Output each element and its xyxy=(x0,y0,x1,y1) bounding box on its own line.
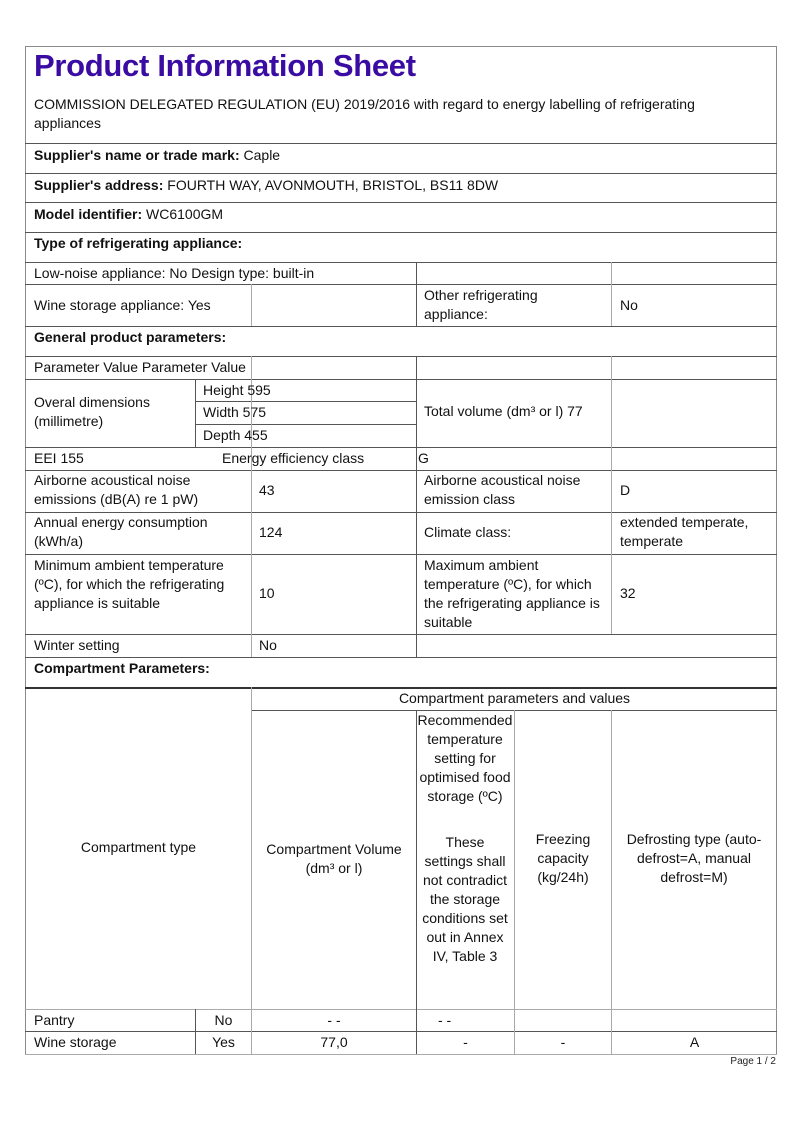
compartment-heading: Compartment Parameters: xyxy=(34,659,210,678)
row-wine-present: Yes xyxy=(196,1033,251,1052)
climate-value: extended temperate, temperate xyxy=(620,513,775,551)
low-noise-text: Low-noise appliance: No Design type: bui… xyxy=(34,264,314,283)
col-freezing-capacity: Freezing capacity (kg/24h) xyxy=(515,830,611,887)
row-pantry-volume: - - xyxy=(252,1011,416,1030)
noise-value: 43 xyxy=(259,481,275,500)
other-appliance-label: Other refrigerating appliance: xyxy=(424,286,574,324)
max-temp-value: 32 xyxy=(620,584,636,603)
supplier-name-label: Supplier's name or trade mark: xyxy=(34,147,240,163)
row-pantry-type: Pantry xyxy=(34,1011,74,1030)
col-compartment-volume: Compartment Volume (dm³ or l) xyxy=(262,840,406,878)
supplier-name-value: Caple xyxy=(244,147,281,163)
other-appliance-value: No xyxy=(620,296,638,315)
appliance-type-heading: Type of refrigerating appliance: xyxy=(34,234,242,253)
dimensions-label: Overal dimensions (millimetre) xyxy=(34,393,184,431)
noise-class-value: D xyxy=(620,481,630,500)
row-wine-freezing: - xyxy=(515,1033,611,1052)
max-temp-label: Maximum ambient temperature (ºC), for wh… xyxy=(424,556,604,632)
row-wine-defrost: A xyxy=(612,1033,777,1052)
width-value: Width 575 xyxy=(203,403,266,422)
climate-label: Climate class: xyxy=(424,523,511,542)
annual-energy-label: Annual energy consumption (kWh/a) xyxy=(34,513,244,551)
regulation-text: COMMISSION DELEGATED REGULATION (EU) 201… xyxy=(34,95,764,133)
energy-class-label: Energy efficiency class xyxy=(222,449,364,468)
general-heading: General product parameters: xyxy=(34,328,226,347)
min-temp-value: 10 xyxy=(259,584,275,603)
page-title: Product Information Sheet xyxy=(34,48,416,84)
col-recommended-temp: Recommended temperature setting for opti… xyxy=(414,711,516,806)
compartment-group-header: Compartment parameters and values xyxy=(252,689,777,708)
row-pantry-temp: - - xyxy=(438,1011,451,1030)
total-volume: Total volume (dm³ or l) 77 xyxy=(424,402,583,421)
col-defrosting-type: Defrosting type (auto-defrost=A, manual … xyxy=(618,830,770,887)
model-value: WC6100GM xyxy=(146,206,223,222)
col-temp-note: These settings shall not contradict the … xyxy=(420,833,510,966)
model-label: Model identifier: xyxy=(34,206,142,222)
winter-label: Winter setting xyxy=(34,636,120,655)
height-value: Height 595 xyxy=(203,381,271,400)
energy-class-value: G xyxy=(418,449,429,468)
row-wine-temp: - xyxy=(417,1033,514,1052)
row-wine-volume: 77,0 xyxy=(252,1033,416,1052)
supplier-address-row: Supplier's address: FOURTH WAY, AVONMOUT… xyxy=(34,176,498,195)
supplier-name-row: Supplier's name or trade mark: Caple xyxy=(34,146,280,165)
col-compartment-type: Compartment type xyxy=(26,838,251,857)
model-row: Model identifier: WC6100GM xyxy=(34,205,223,224)
min-temp-label: Minimum ambient temperature (ºC), for wh… xyxy=(34,556,246,613)
eei-value: EEI 155 xyxy=(34,449,84,468)
noise-class-label: Airborne acoustical noise emission class xyxy=(424,471,604,509)
supplier-address-value: FOURTH WAY, AVONMOUTH, BRISTOL, BS11 8DW xyxy=(167,177,498,193)
supplier-address-label: Supplier's address: xyxy=(34,177,163,193)
wine-storage-text: Wine storage appliance: Yes xyxy=(34,296,211,315)
row-wine-type: Wine storage xyxy=(34,1033,116,1052)
row-pantry-present: No xyxy=(196,1011,251,1030)
param-header: Parameter Value Parameter Value xyxy=(34,358,246,377)
annual-energy-value: 124 xyxy=(259,523,282,542)
page-indicator: Page 1 / 2 xyxy=(730,1056,776,1067)
noise-label: Airborne acoustical noise emissions (dB(… xyxy=(34,471,244,509)
depth-value: Depth 455 xyxy=(203,426,268,445)
winter-value: No xyxy=(259,636,277,655)
